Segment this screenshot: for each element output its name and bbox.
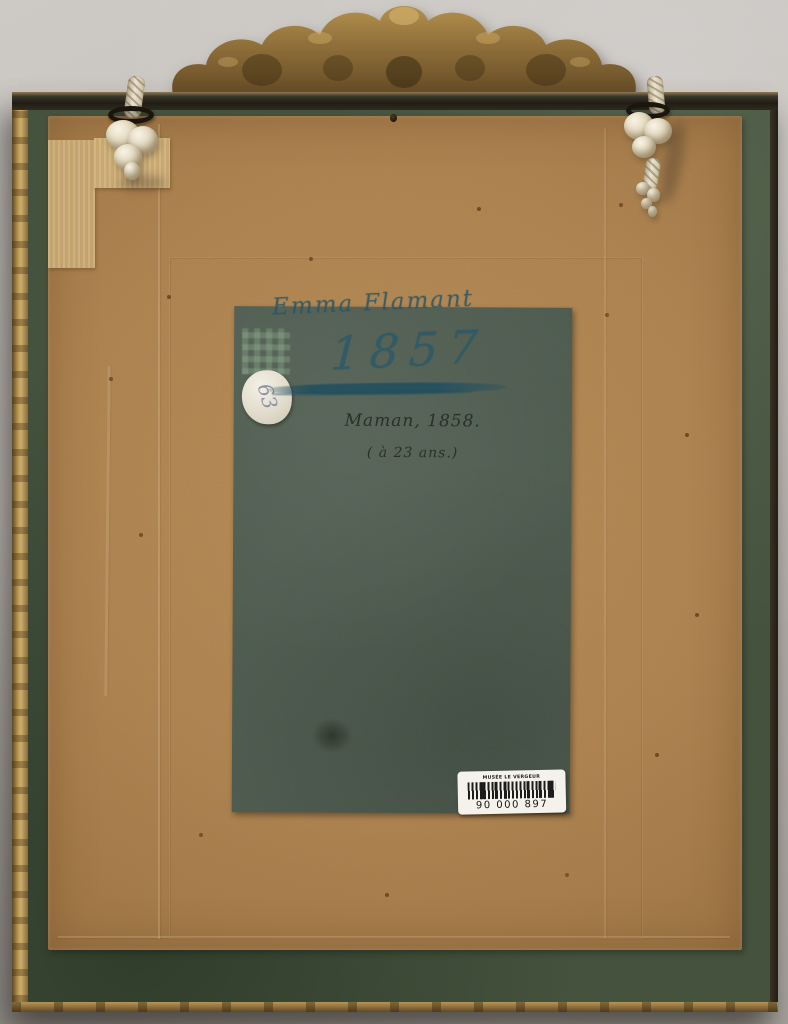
cord-knot-right xyxy=(618,110,674,166)
cardboard-crease xyxy=(104,366,110,696)
gilded-crest xyxy=(158,0,650,106)
frame-gilt-edge-bottom xyxy=(12,1002,778,1012)
frame-gilt-edge-left xyxy=(12,110,28,1002)
cord-knot-left xyxy=(104,116,162,182)
barcode-stripes xyxy=(468,781,556,800)
barcode-museum-text: MUSÉE LE VERGEUR xyxy=(483,774,541,781)
nail-hole xyxy=(390,114,397,122)
barcode-sticker: MUSÉE LE VERGEUR 90 000 897 xyxy=(457,769,566,814)
year-inscription: 1857 xyxy=(303,318,516,382)
ink-note-line2: ( à 23 ans.) xyxy=(254,444,572,462)
cardboard-crease xyxy=(604,128,606,938)
year-underline-stroke xyxy=(266,381,506,395)
ink-note-line1: Maman, 1858. xyxy=(254,410,572,432)
photo-backdrop: 63 1857 Maman, 1858. ( à 23 ans.) MUSÉE … xyxy=(0,0,788,1024)
cardboard-crease xyxy=(58,936,730,938)
kraft-tape-vertical xyxy=(48,140,95,268)
green-paper-label: 63 1857 Maman, 1858. ( à 23 ans.) MUSÉE … xyxy=(232,306,573,814)
barcode-number: 90 000 897 xyxy=(476,799,548,812)
cardboard-speckles xyxy=(48,116,50,118)
pencil-scribble xyxy=(443,732,539,758)
cardboard-crease xyxy=(158,124,160,939)
faded-stamp-mark xyxy=(242,328,290,374)
cord-frayed-end-right xyxy=(636,182,668,218)
frame-edge-right xyxy=(770,110,778,1002)
stain-spot xyxy=(312,719,352,753)
round-sticker-number: 63 xyxy=(253,381,283,412)
